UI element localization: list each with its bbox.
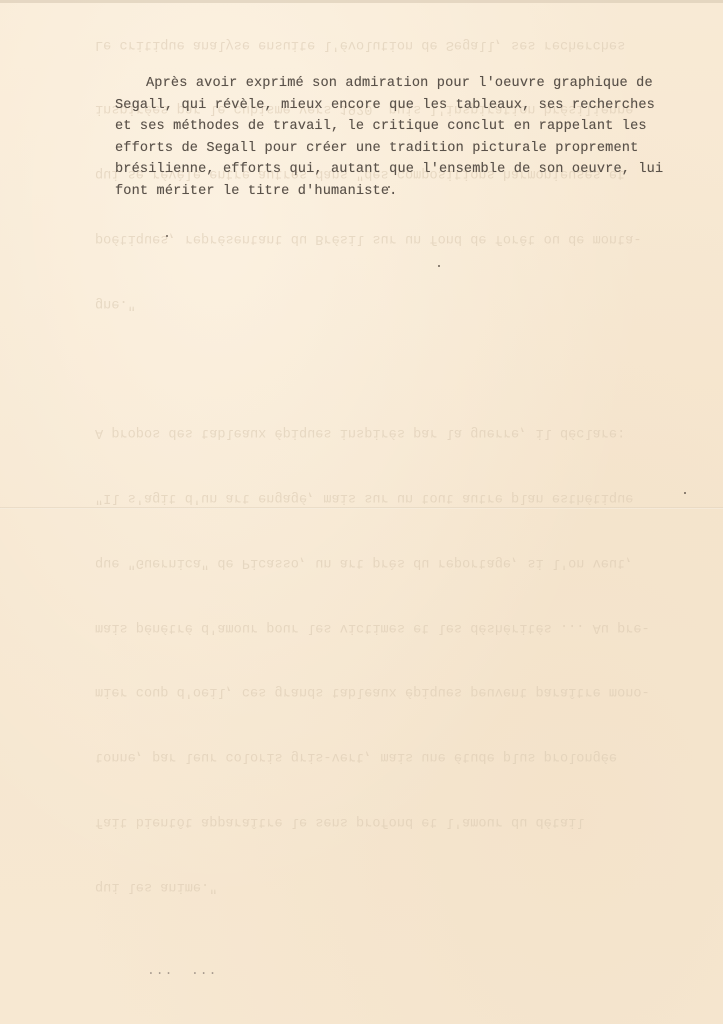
ink-speck xyxy=(438,265,440,267)
paragraph-line: et ses méthodes de travail, le critique … xyxy=(115,116,706,138)
ink-speck xyxy=(388,186,390,188)
bleed-line: tonne, par leur coloris gris-vert, mais … xyxy=(95,746,695,768)
paragraph-line: efforts de Segall pour créer une traditi… xyxy=(115,138,706,160)
bleed-line: poétiques, représentant du Brésil sur un… xyxy=(95,227,695,249)
typed-paragraph: Après avoir exprimé son admiration pour … xyxy=(146,73,706,203)
closing-ellipsis: ... ... xyxy=(147,963,217,978)
ink-speck xyxy=(684,492,686,494)
ink-speck xyxy=(166,235,168,237)
bleed-line: qui les anime." xyxy=(95,875,695,897)
bleed-line: mais pénétré d'amour pour les victimes e… xyxy=(95,616,695,638)
bleed-line: fait bientôt apparaître le sens profond … xyxy=(95,810,695,832)
bleed-line: A propos des tableaux épiques inspirés p… xyxy=(95,422,695,444)
bleed-line: Le critique analyse ensuite l'évolution … xyxy=(95,33,695,55)
paragraph-line: Segall, qui révèle, mieux encore que les… xyxy=(115,95,706,117)
paper-fold-line xyxy=(0,507,723,509)
paper-page: qui les anime." fait bientôt apparaître … xyxy=(0,0,723,1024)
bleed-line xyxy=(95,357,695,379)
paragraph-line: Après avoir exprimé son admiration pour … xyxy=(146,73,706,95)
bleed-line: que "Guernica" de Picasso, un art près d… xyxy=(95,551,695,573)
bleed-line: mier coup d'oeil, ces grands tableaux ép… xyxy=(95,681,695,703)
bleed-line: gne." xyxy=(95,292,695,314)
paragraph-line: font mériter le titre d'humaniste. xyxy=(115,181,706,203)
paper-top-edge xyxy=(0,0,723,3)
bleed-line: "Il s'agit d'un art engagé, mais sur un … xyxy=(95,487,695,509)
paragraph-line: brésilienne, efforts qui, autant que l'e… xyxy=(115,159,706,181)
